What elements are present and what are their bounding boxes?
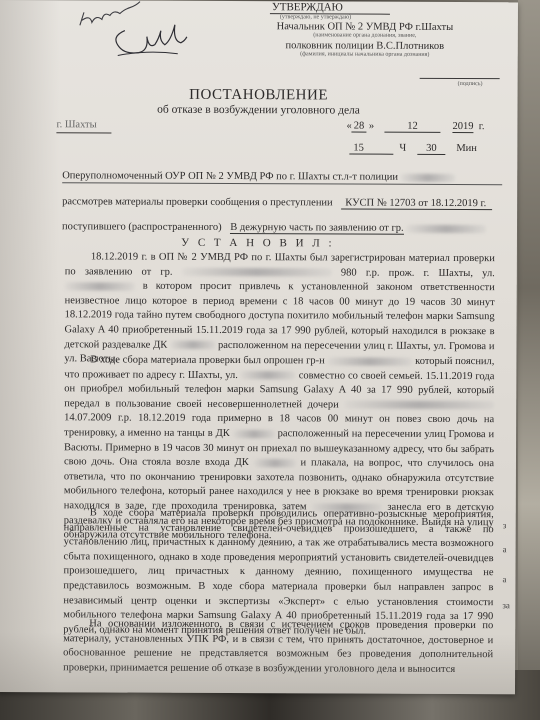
received-value: В дежурную часть по заявлению от гр. (230, 222, 403, 235)
redacted-place (233, 430, 275, 438)
officer-text: Оперуполномоченный ОУР ОП № 2 УМВД РФ по… (62, 170, 398, 182)
date-day: «28 » (346, 121, 374, 132)
established-heading: У С Т А Н О В И Л : (0, 236, 517, 250)
place-underline (56, 132, 111, 133)
redacted-place (254, 459, 296, 467)
margin-mark: а (502, 574, 506, 584)
minute-label: Мин (456, 143, 477, 154)
margin-mark: за (502, 600, 510, 610)
redacted-place (170, 341, 215, 349)
paragraph-text: 980 г.р. прож. г. Шахты, ул. (341, 267, 495, 279)
position-hint: (наименование органа дознания, звание, (250, 32, 480, 39)
officer-line: Оперуполномоченный ОУР ОП № 2 УМВД РФ по… (62, 170, 502, 185)
review-line: рассмотрев материалы проверки сообщения … (62, 196, 502, 209)
place: г. Шахты (56, 119, 96, 130)
approve-label: УТВЕРЖДАЮ (250, 1, 480, 14)
signature-icon (70, 0, 210, 66)
review-value: КУСП № 12703 от 18.12.2019 г. (341, 197, 492, 210)
document-page: Копию получил УТВЕРЖДАЮ (утверждаю, не у… (0, 0, 518, 694)
name-hint: (фамилия, инициалы начальника органа доз… (250, 51, 480, 58)
year-suffix: г. (479, 121, 485, 132)
approver-position: Начальник ОП № 2 УМВД РФ г.Шахты (250, 21, 480, 33)
quote-close: » (369, 121, 374, 132)
margin-mark: а (503, 544, 507, 554)
time-hour: 15 (349, 143, 393, 155)
redacted-name (406, 224, 486, 232)
background-right (518, 0, 540, 720)
redacted-name (327, 357, 412, 365)
redacted-address (241, 371, 296, 379)
margin-mark: з (503, 520, 507, 530)
redacted-name (401, 173, 456, 181)
signature-hint: (подпись) (458, 81, 483, 87)
received-prefix: поступившего (распространенного) (62, 221, 222, 233)
approve-hint: (утверждаю, не утверждаю) (250, 14, 480, 21)
document-subtitle: об отказе в возбуждении уголовного дела (0, 103, 518, 117)
received-line: поступившего (распространенного) В дежур… (62, 221, 502, 234)
redacted-address (65, 282, 135, 290)
date-month: 12 (384, 121, 440, 133)
paragraph-text: В ходе сбора материала проверки был опро… (90, 354, 324, 366)
paragraph-4: На основании изложенного, в связи с исте… (63, 617, 493, 677)
review-prefix: рассмотрев материалы проверки сообщения … (62, 196, 333, 208)
date-year: 2019 г. (452, 121, 484, 132)
time-minute: 30 (417, 143, 445, 155)
paragraph-text: На основании изложенного, в связи с исте… (63, 618, 493, 674)
redacted-name (344, 401, 494, 410)
year-value: 2019 (452, 121, 473, 133)
day-value: 28 (352, 121, 367, 133)
paragraph-1: 18.12.2019 г. в ОП № 2 УМВД РФ по г. Шах… (64, 250, 495, 369)
hour-label: Ч (399, 143, 406, 154)
handwritten-signature: Копию получил (70, 0, 210, 66)
redacted-name (182, 268, 332, 277)
approval-block: УТВЕРЖДАЮ (утверждаю, не утверждаю) Нача… (250, 1, 480, 58)
signature-line (420, 78, 500, 79)
